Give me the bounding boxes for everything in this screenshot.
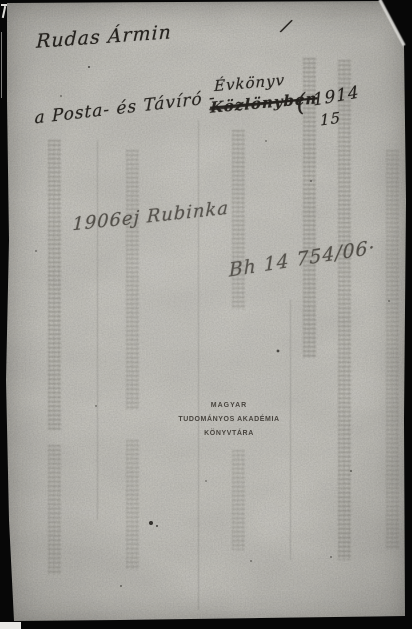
stamp-line-3: KÖNYVTÁRA	[166, 427, 292, 441]
year-numerator: 1914	[312, 82, 360, 110]
dirt-specks	[0, 0, 2, 2]
paper-sheet: Rudas Ármin / a Posta- és Távíró - Évkön…	[0, 0, 412, 629]
stamp-line-2: TUDOMÁNYOS AKADÉMIA	[166, 413, 292, 427]
paper-crease	[198, 120, 199, 610]
paper-crease	[97, 140, 98, 520]
edge-scratch-streak	[1, 32, 2, 98]
scanned-flyleaf-page: Rudas Ármin / a Posta- és Távíró - Évkön…	[0, 0, 412, 629]
scan-edge-white-patch	[0, 622, 21, 629]
year-denominator: 15	[320, 108, 342, 129]
open-paren: (	[296, 88, 308, 118]
library-stamp: MAGYAR TUDOMÁNYOS AKADÉMIA KÖNYVTÁRA	[166, 399, 292, 441]
edge-scratch-mark	[2, 6, 6, 18]
stamp-line-1: MAGYAR	[166, 399, 292, 413]
